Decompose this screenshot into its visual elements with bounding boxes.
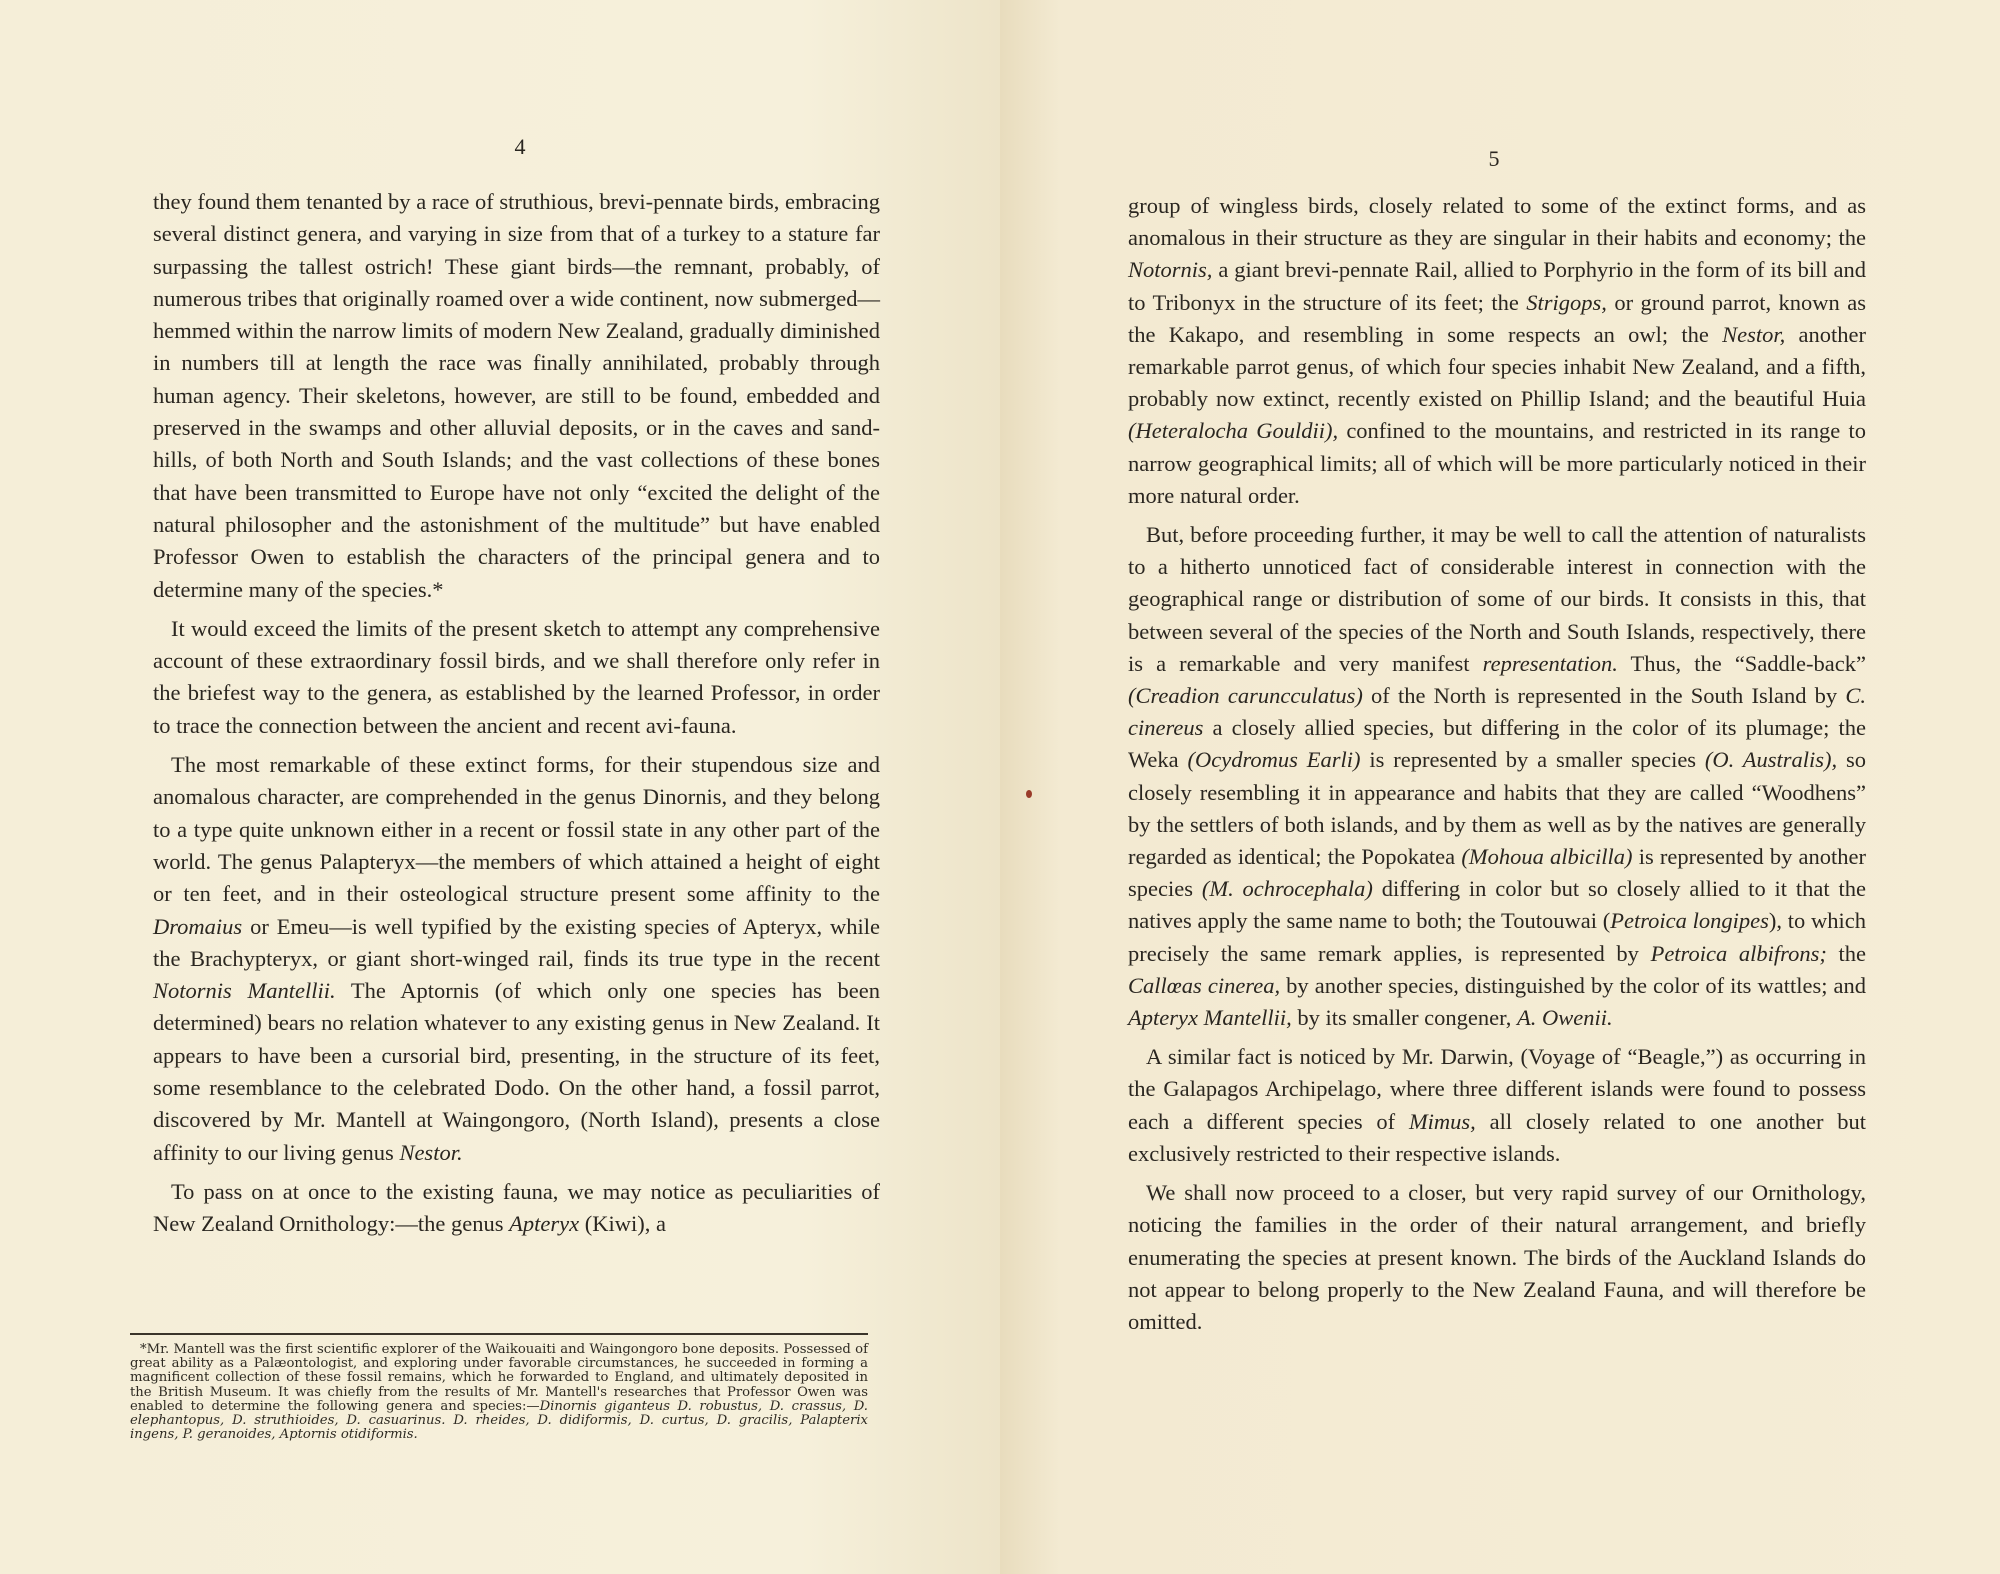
text-run: by its smaller congener, [1292, 1005, 1517, 1030]
italic-text: Dromaius [153, 914, 242, 939]
italic-text: Nestor. [399, 1140, 462, 1165]
italic-text: Callœas cinerea, [1128, 973, 1280, 998]
paragraph: A similar fact is noticed by Mr. Darwin,… [1128, 1041, 1866, 1170]
text-run: of the North is represented in the South… [1363, 683, 1846, 708]
italic-text: A. Owenii. [1517, 1005, 1613, 1030]
footnote-text: *Mr. Mantell was the first scientific ex… [130, 1343, 868, 1442]
italic-text: Notornis Mantellii. [153, 978, 336, 1003]
italic-text: Notornis, [1128, 257, 1212, 282]
paragraph: The most remarkable of these extinct for… [153, 749, 880, 1169]
italic-text: Nestor, [1722, 322, 1785, 347]
italic-text: Apteryx Mantellii, [1128, 1005, 1292, 1030]
text-run: The most remarkable of these extinct for… [153, 752, 880, 906]
text-run: the [1827, 941, 1866, 966]
text-run: We shall now proceed to a closer, but ve… [1128, 1180, 1866, 1334]
text-run: It would exceed the limits of the presen… [153, 616, 880, 738]
paragraph: To pass on at once to the existing fauna… [153, 1176, 880, 1241]
text-run: they found them tenanted by a race of st… [153, 189, 880, 602]
text-run: The Aptornis (of which only one species … [153, 978, 880, 1164]
footnote: *Mr. Mantell was the first scientific ex… [130, 1343, 868, 1442]
right-page: 5 group of wingless birds, closely relat… [1000, 0, 2000, 1574]
text-run: by another species, distinguished by the… [1280, 973, 1866, 998]
paragraph: they found them tenanted by a race of st… [153, 186, 880, 606]
paper-blemish [1026, 790, 1032, 798]
book-spread: 4 they found them tenanted by a race of … [0, 0, 2000, 1574]
paragraph: But, before proceeding further, it may b… [1128, 519, 1866, 1034]
italic-text: (Heteralocha Gouldii), [1128, 418, 1338, 443]
text-run: Thus, the “Saddle-back” [1618, 651, 1866, 676]
italic-text: (M. ochrocephala) [1202, 876, 1373, 901]
italic-text: Petroica albifrons; [1651, 941, 1827, 966]
footnote-divider [130, 1333, 868, 1335]
text-run: is represented by a smaller species [1361, 747, 1705, 772]
text-run: or Emeu—is well typified by the existing… [153, 914, 880, 971]
paragraph: We shall now proceed to a closer, but ve… [1128, 1177, 1866, 1338]
paragraph: It would exceed the limits of the presen… [153, 613, 880, 742]
italic-text: Petroica longipes [1610, 908, 1769, 933]
text-run: (Kiwi), a [579, 1211, 666, 1236]
italic-text: (O. Australis), [1705, 747, 1837, 772]
italic-text: Strigops, [1526, 290, 1607, 315]
italic-text: Mimus, [1409, 1109, 1476, 1134]
italic-text: Apteryx [509, 1211, 579, 1236]
body-text: group of wingless birds, closely related… [1128, 190, 1866, 1345]
page-number: 5 [1474, 146, 1514, 172]
left-page: 4 they found them tenanted by a race of … [0, 0, 1000, 1574]
body-text: they found them tenanted by a race of st… [153, 186, 880, 1248]
italic-text: (Creadion caruncculatus) [1128, 683, 1363, 708]
italic-text: (Mohoua albicilla) [1461, 844, 1632, 869]
italic-text: (Ocydromus Earli) [1188, 747, 1361, 772]
paragraph: group of wingless birds, closely related… [1128, 190, 1866, 512]
italic-text: representation. [1483, 651, 1618, 676]
text-run: group of wingless birds, closely related… [1128, 193, 1866, 250]
page-number: 4 [500, 134, 540, 160]
